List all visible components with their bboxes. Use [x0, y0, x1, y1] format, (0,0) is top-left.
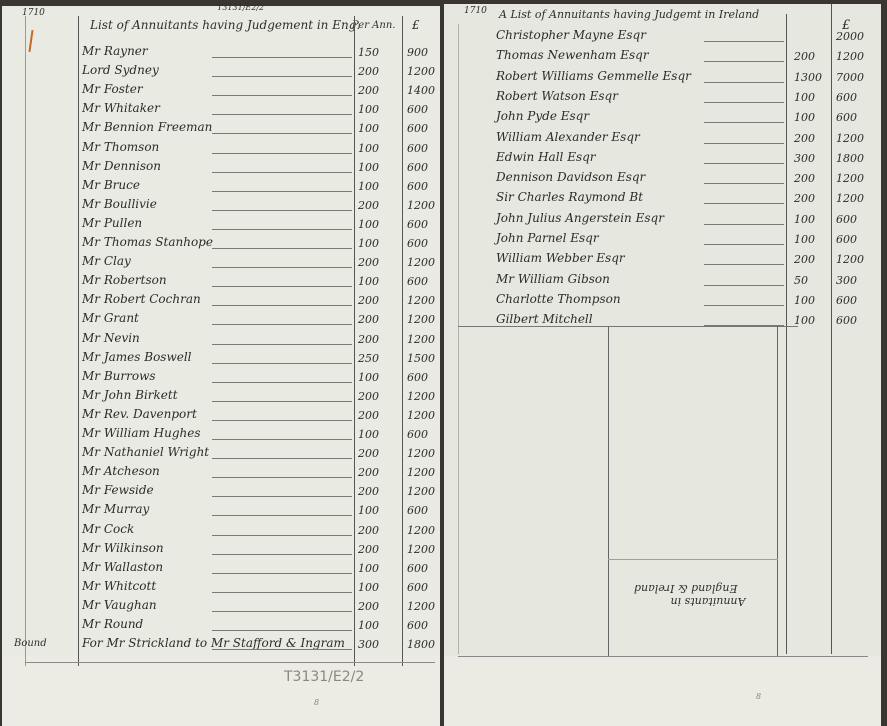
- annuitant-name: Mr Robertson: [82, 273, 167, 287]
- per-annum-value: 100: [358, 180, 379, 193]
- per-annum-value: 250: [358, 352, 379, 365]
- endorsement-upside-down: Annuitants in England & Ireland: [634, 582, 745, 608]
- leader-line: [212, 382, 352, 383]
- capital-amount-value: 1200: [407, 390, 435, 403]
- annuitant-name: Mr Grant: [82, 311, 139, 325]
- leader-line: [212, 573, 352, 574]
- leader-line: [212, 363, 352, 364]
- annuitant-name: Mr Nathaniel Wright: [82, 445, 209, 459]
- annuitant-name: John Pyde Esqr: [496, 109, 589, 123]
- ledger-row: John Julius Angerstein Esqr100600: [444, 209, 881, 231]
- annuitant-name: Thomas Newenham Esqr: [496, 48, 649, 62]
- leader-line: [704, 203, 784, 204]
- per-annum-value: 200: [358, 333, 379, 346]
- ledger-row: Charlotte Thompson100600: [444, 290, 881, 312]
- per-annum-value: 150: [358, 46, 379, 59]
- leader-line: [212, 95, 352, 96]
- annuitant-name: Mr Whitaker: [82, 101, 160, 115]
- ledger-row: John Parnel Esqr100600: [444, 229, 881, 251]
- per-annum-value: 200: [358, 390, 379, 403]
- capital-amount-value: 1200: [407, 65, 435, 78]
- annuitant-name: Mr William Hughes: [82, 426, 201, 440]
- leader-line: [704, 183, 784, 184]
- annuitant-name: Mr Round: [82, 617, 143, 631]
- capital-amount-value: 1200: [836, 192, 864, 205]
- per-annum-value: 100: [358, 122, 379, 135]
- leader-line: [212, 229, 352, 230]
- per-annum-value: 100: [794, 91, 815, 104]
- leader-line: [212, 611, 352, 612]
- per-annum-value: 200: [358, 294, 379, 307]
- ledger-row: Dennison Davidson Esqr2001200: [444, 168, 881, 190]
- leader-line: [212, 496, 352, 497]
- annuitant-name: Gilbert Mitchell: [496, 312, 593, 326]
- per-annum-value: 100: [358, 619, 379, 632]
- ledger-row: For Mr Strickland to Mr Stafford & Ingra…: [2, 634, 440, 656]
- per-annum-value: 1300: [794, 71, 822, 84]
- ledger-row: Mr William Gibson50300: [444, 270, 881, 292]
- annuitant-name: Charlotte Thompson: [496, 292, 621, 306]
- box-mid-rule: [608, 559, 778, 560]
- annuitant-name: Sir Charles Raymond Bt: [496, 190, 643, 204]
- per-annum-value: 100: [358, 237, 379, 250]
- leader-line: [212, 248, 352, 249]
- per-annum-value: 200: [358, 524, 379, 537]
- annuitant-name: Mr Bruce: [82, 178, 140, 192]
- capital-amount-value: 600: [407, 103, 428, 116]
- capital-amount-value: 1200: [836, 253, 864, 266]
- page-margin-lower: [444, 656, 881, 726]
- capital-amount-value: 600: [836, 213, 857, 226]
- annuitant-name: Mr Rev. Davenport: [82, 407, 197, 421]
- leader-line: [704, 122, 784, 123]
- margin-note-bound: Bound: [14, 638, 47, 649]
- leader-line: [212, 114, 352, 115]
- annuitant-name: John Julius Angerstein Esqr: [496, 211, 664, 225]
- per-annum-value: 200: [358, 409, 379, 422]
- capital-amount-value: 600: [836, 233, 857, 246]
- leader-line: [704, 41, 784, 42]
- annuitant-name: Mr William Gibson: [496, 272, 610, 286]
- annuitant-name: Mr Cock: [82, 522, 134, 536]
- capital-amount-value: 1200: [407, 256, 435, 269]
- endorsement-line-1: Annuitants in: [634, 595, 745, 608]
- capital-amount-value: 600: [836, 111, 857, 124]
- leader-line: [212, 458, 352, 459]
- capital-amount-value: 1800: [836, 152, 864, 165]
- annuitant-name: Christopher Mayne Esqr: [496, 28, 646, 42]
- annuitant-name: Robert Williams Gemmelle Esqr: [496, 69, 691, 83]
- per-annum-value: 100: [358, 275, 379, 288]
- capital-amount-value: 1200: [407, 447, 435, 460]
- annuitant-name: Dennison Davidson Esqr: [496, 170, 645, 184]
- annuitant-name: Mr Pullen: [82, 216, 142, 230]
- leader-line: [704, 143, 784, 144]
- capital-amount-value: 1200: [407, 524, 435, 537]
- year-marker: 1710: [464, 6, 487, 16]
- capital-amount-value: 1200: [836, 50, 864, 63]
- leader-line: [212, 515, 352, 516]
- annuitant-name: For Mr Strickland to Mr Stafford & Ingra…: [82, 636, 345, 650]
- capital-amount-value: 600: [407, 142, 428, 155]
- ledger-row: Edwin Hall Esqr3001800: [444, 148, 881, 170]
- leader-line: [704, 285, 784, 286]
- annuitant-name: Mr Vaughan: [82, 598, 157, 612]
- leader-line: [704, 163, 784, 164]
- per-annum-value: 100: [794, 314, 815, 327]
- capital-amount-value: 1500: [407, 352, 435, 365]
- capital-amount-value: 600: [407, 581, 428, 594]
- leader-line: [212, 592, 352, 593]
- capital-amount-value: 600: [836, 91, 857, 104]
- annuitant-name: Mr Wallaston: [82, 560, 163, 574]
- annuitant-name: Mr Boullivie: [82, 197, 157, 211]
- capital-amount-value: 600: [836, 294, 857, 307]
- leader-line: [212, 267, 352, 268]
- bottom-rule: [458, 656, 868, 657]
- endorsement-line-2: England & Ireland: [634, 582, 737, 595]
- per-annum-value: 100: [794, 294, 815, 307]
- right-page: 1710 A List of Annuitants having Judgemt…: [444, 4, 881, 726]
- annuitant-name: John Parnel Esqr: [496, 231, 599, 245]
- per-annum-value: 200: [358, 199, 379, 212]
- box-left-rule: [608, 326, 609, 656]
- ledger-row: Robert Watson Esqr100600: [444, 87, 881, 109]
- per-annum-value: 100: [794, 233, 815, 246]
- capital-amount-value: 1800: [407, 638, 435, 651]
- per-annum-value: 200: [358, 313, 379, 326]
- leader-line: [704, 82, 784, 83]
- capital-amount-value: 1200: [836, 132, 864, 145]
- per-annum-value: 200: [794, 172, 815, 185]
- annuitant-name: Mr Murray: [82, 502, 149, 516]
- annuitant-name: Lord Sydney: [82, 63, 159, 77]
- per-annum-value: 50: [794, 274, 808, 287]
- ledger-row: Christopher Mayne Esqr2000: [444, 26, 881, 48]
- leader-line: [212, 305, 352, 306]
- leader-line: [704, 264, 784, 265]
- annuitant-name: Mr John Birkett: [82, 388, 178, 402]
- leader-line: [704, 102, 784, 103]
- per-annum-value: 100: [358, 142, 379, 155]
- annuitant-name: Mr Atcheson: [82, 464, 160, 478]
- col-header-per-ann: Per Ann.: [352, 20, 395, 31]
- capital-amount-value: 1200: [407, 485, 435, 498]
- annuitant-name: Mr Thomas Stanhope: [82, 235, 213, 249]
- per-annum-value: 200: [358, 485, 379, 498]
- capital-amount-value: 600: [407, 218, 428, 231]
- per-annum-value: 100: [358, 562, 379, 575]
- leader-line: [212, 172, 352, 173]
- annuitant-name: Mr Burrows: [82, 369, 156, 383]
- leader-line: [212, 76, 352, 77]
- annuitant-name: William Webber Esqr: [496, 251, 625, 265]
- capital-amount-value: 7000: [836, 71, 864, 84]
- capital-amount-value: 1200: [407, 466, 435, 479]
- capital-amount-value: 900: [407, 46, 428, 59]
- leader-line: [212, 191, 352, 192]
- leader-line: [212, 401, 352, 402]
- per-annum-value: 100: [794, 111, 815, 124]
- capital-amount-value: 600: [836, 314, 857, 327]
- per-annum-value: 200: [794, 50, 815, 63]
- capital-amount-value: 1200: [407, 600, 435, 613]
- per-annum-value: 200: [794, 192, 815, 205]
- per-annum-value: 100: [358, 103, 379, 116]
- per-annum-value: 100: [358, 581, 379, 594]
- capital-amount-value: 1200: [407, 543, 435, 556]
- folio-mark: 8: [314, 698, 319, 707]
- per-annum-value: 100: [358, 504, 379, 517]
- per-annum-value: 100: [358, 371, 379, 384]
- capital-amount-value: 600: [407, 619, 428, 632]
- leader-line: [212, 210, 352, 211]
- annuitant-name: Mr Bennion Freeman: [82, 120, 212, 134]
- capital-amount-value: 600: [407, 371, 428, 384]
- per-annum-value: 200: [358, 256, 379, 269]
- per-annum-value: 200: [358, 84, 379, 97]
- capital-amount-value: 1200: [407, 313, 435, 326]
- annuitant-name: Mr Fewside: [82, 483, 154, 497]
- per-annum-value: 300: [358, 638, 379, 651]
- annuitant-name: Mr Thomson: [82, 140, 159, 154]
- leader-line: [212, 133, 352, 134]
- page-margin-lower: [2, 656, 440, 726]
- left-page: 1710 T3131/E2/2 List of Annuitants havin…: [2, 6, 440, 726]
- per-annum-value: 200: [358, 466, 379, 479]
- ledger-row: Robert Williams Gemmelle Esqr13007000: [444, 67, 881, 89]
- ledger-row: John Pyde Esqr100600: [444, 107, 881, 129]
- capital-amount-value: 1200: [407, 294, 435, 307]
- archive-stamp-top: T3131/E2/2: [217, 3, 264, 12]
- leader-line: [212, 344, 352, 345]
- archive-reference: T3131/E2/2: [284, 669, 364, 685]
- annuitant-name: Mr Whitcott: [82, 579, 156, 593]
- annuitant-name: Mr Dennison: [82, 159, 161, 173]
- annuitant-name: Edwin Hall Esqr: [496, 150, 596, 164]
- capital-amount-value: 1400: [407, 84, 435, 97]
- leader-line: [704, 305, 784, 306]
- per-annum-value: 200: [358, 65, 379, 78]
- box-right-rule: [777, 326, 778, 656]
- folio-mark: 8: [756, 692, 761, 701]
- per-annum-value: 200: [358, 543, 379, 556]
- capital-amount-value: 600: [407, 237, 428, 250]
- ledger-row: William Alexander Esqr2001200: [444, 128, 881, 150]
- annuitant-name: Mr Clay: [82, 254, 131, 268]
- capital-amount-value: 600: [407, 504, 428, 517]
- capital-amount-value: 600: [407, 122, 428, 135]
- annuitant-name: Robert Watson Esqr: [496, 89, 618, 103]
- leader-line: [212, 57, 352, 58]
- annuitant-name: Mr James Boswell: [82, 350, 192, 364]
- leader-line: [212, 439, 352, 440]
- capital-amount-value: 1200: [836, 172, 864, 185]
- leader-line: [704, 325, 784, 326]
- annuitant-name: William Alexander Esqr: [496, 130, 640, 144]
- capital-amount-value: 1200: [407, 409, 435, 422]
- capital-amount-value: 1200: [407, 333, 435, 346]
- page-heading: A List of Annuitants having Judgemt in I…: [499, 8, 759, 21]
- capital-amount-value: 600: [407, 562, 428, 575]
- leader-line: [212, 535, 352, 536]
- annuitant-name: Mr Wilkinson: [82, 541, 164, 555]
- per-annum-value: 300: [794, 152, 815, 165]
- col-header-pounds: £: [412, 18, 420, 32]
- annuitant-name: Mr Rayner: [82, 44, 148, 58]
- per-annum-value: 200: [794, 132, 815, 145]
- per-annum-value: 200: [358, 600, 379, 613]
- leader-line: [212, 286, 352, 287]
- leader-line: [212, 554, 352, 555]
- annuitant-name: Mr Robert Cochran: [82, 292, 201, 306]
- leader-line: [212, 649, 352, 650]
- capital-amount-value: 600: [407, 275, 428, 288]
- leader-line: [704, 61, 784, 62]
- page-heading: List of Annuitants having Judgement in E…: [90, 18, 360, 32]
- ledger-row: Gilbert Mitchell100600: [444, 310, 881, 332]
- capital-amount-value: 600: [407, 428, 428, 441]
- capital-amount-value: 300: [836, 274, 857, 287]
- per-annum-value: 100: [794, 213, 815, 226]
- per-annum-value: 100: [358, 161, 379, 174]
- leader-line: [212, 420, 352, 421]
- per-annum-value: 100: [358, 428, 379, 441]
- ledger-row: Sir Charles Raymond Bt2001200: [444, 188, 881, 210]
- capital-amount-value: 600: [407, 161, 428, 174]
- leader-line: [212, 630, 352, 631]
- leader-line: [704, 244, 784, 245]
- capital-amount-value: 2000: [836, 30, 864, 43]
- leader-line: [212, 153, 352, 154]
- capital-amount-value: 600: [407, 180, 428, 193]
- leader-line: [704, 224, 784, 225]
- leader-line: [212, 477, 352, 478]
- per-annum-value: 200: [794, 253, 815, 266]
- ledger-row: William Webber Esqr2001200: [444, 249, 881, 271]
- per-annum-value: 100: [358, 218, 379, 231]
- per-annum-value: 200: [358, 447, 379, 460]
- annuitant-name: Mr Nevin: [82, 331, 140, 345]
- capital-amount-value: 1200: [407, 199, 435, 212]
- leader-line: [212, 324, 352, 325]
- annuitant-name: Mr Foster: [82, 82, 143, 96]
- ledger-row: Thomas Newenham Esqr2001200: [444, 46, 881, 68]
- bottom-rule: [25, 662, 435, 663]
